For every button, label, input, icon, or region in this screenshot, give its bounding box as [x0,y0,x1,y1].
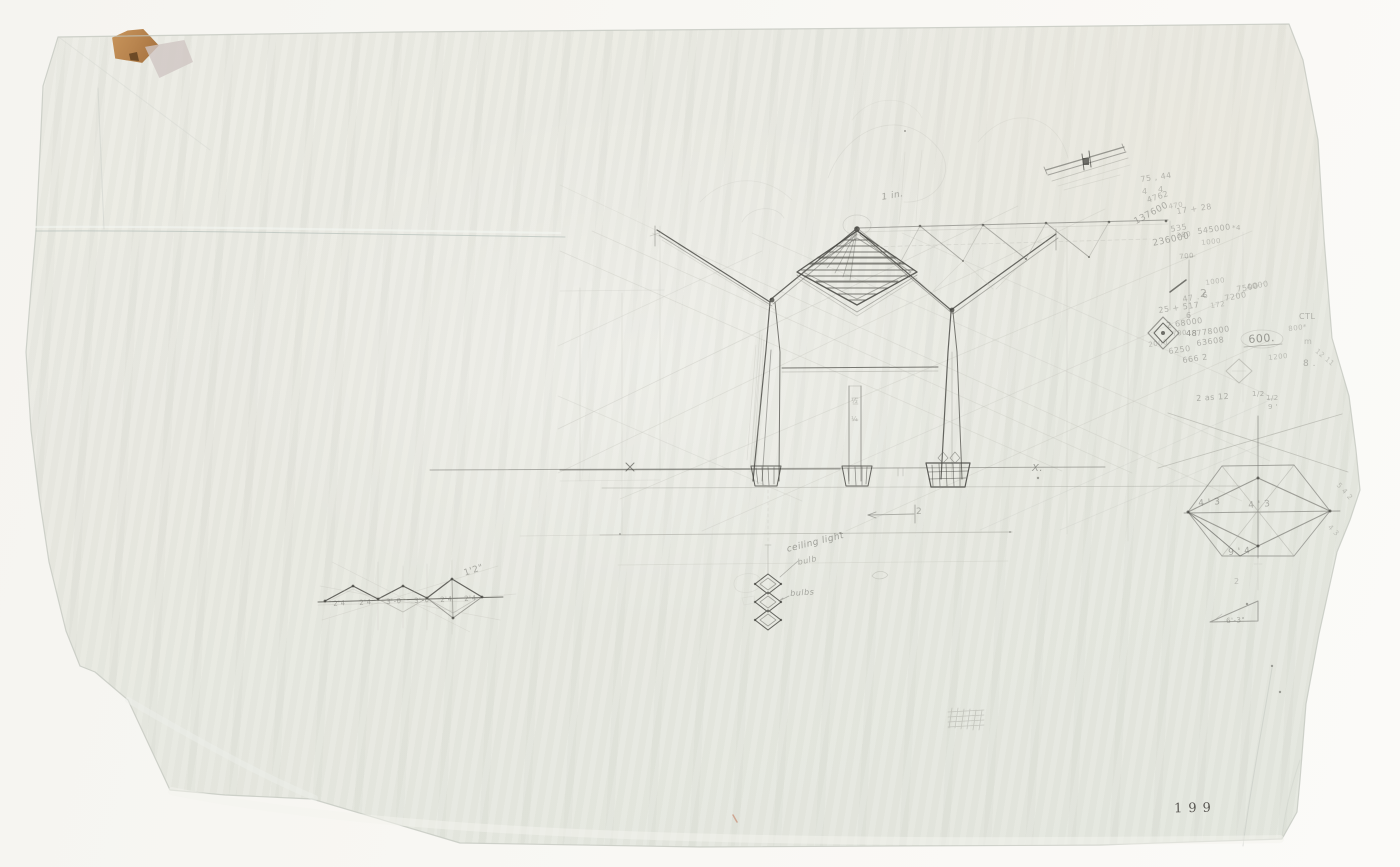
paper-creases [36,38,1300,846]
handwriting-token: *4 [1232,225,1241,232]
handwriting-token: bulbs [790,588,815,598]
handwriting-token: 2'4 [333,600,346,608]
hatched-diamond-ceiling [797,231,917,316]
handwriting-token: ¼ [851,416,858,423]
orange-smudge [684,480,736,487]
handwriting-token: 6'-3" [1226,617,1245,625]
handwriting-token: 3'-0 [386,598,402,606]
handwriting-token: 9 ' [1268,404,1278,411]
handwriting-token: 9 ' 4 [1228,547,1251,558]
crosshatch-patch [948,708,984,730]
handwriting-token: 600. [1248,332,1275,345]
pavilion-elevation [430,215,1240,565]
handwriting-token: 700 [1179,253,1194,261]
page-number-stamp: 199 [1174,801,1217,817]
handwriting-token: CTL [1299,313,1315,321]
handwriting-token: 4 ' 3 [1248,500,1271,511]
handwriting-token: 2 [916,508,922,517]
handwriting-token: 2'4 [464,595,477,603]
beam-connection-detail [1044,144,1130,190]
pendant-light-detail [734,490,798,630]
ground-lines [430,463,1240,565]
handwriting-token: 1/2 [1266,395,1279,402]
handwriting-token: 2'4 [440,596,453,604]
handwriting-token: 8 . [1303,360,1316,369]
handwriting-token: 3'-0 [414,597,430,605]
handwriting-token: m [1304,338,1312,346]
handwriting-token: 2'4 [359,599,372,607]
handwriting-token: X. [1032,464,1043,474]
handwriting-token: 4 ' 3 [1198,498,1221,509]
paper-outline [26,24,1360,847]
handwriting-token: 1/2 [1252,391,1265,398]
tie-beam [782,367,938,372]
scanned-drawing-stage: 75 , 4444476247017 + 2813760053538023600… [0,0,1400,867]
handwriting-token: 2 [1234,578,1240,586]
pencil-sketch-layer [0,0,1400,867]
handwriting-token: ½ [851,398,858,405]
